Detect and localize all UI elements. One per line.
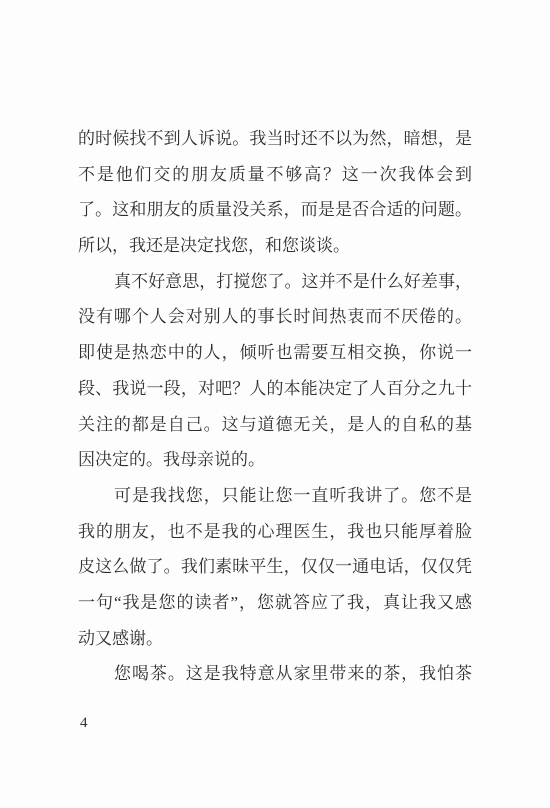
page-number: 4 <box>80 712 88 734</box>
text-line: 所以，我还是决定找您，和您谈谈。 <box>78 228 472 264</box>
text-line: 您喝茶。这是我特意从家里带来的茶，我怕茶 <box>78 656 472 692</box>
text-line: 动又感谢。 <box>78 621 472 657</box>
text-line: 因决定的。我母亲说的。 <box>78 442 472 478</box>
text-line: 一句“我是您的读者”，您就答应了我，真让我又感 <box>78 585 472 621</box>
body-text: 的时候找不到人诉说。我当时还不以为然，暗想，是 不是他们交的朋友质量不够高？这一… <box>78 121 472 692</box>
text-line: 即使是热恋中的人，倾听也需要互相交换，你说一 <box>78 335 472 371</box>
text-line: 段、我说一段，对吧？人的本能决定了人百分之九十 <box>78 371 472 407</box>
book-page: 的时候找不到人诉说。我当时还不以为然，暗想，是 不是他们交的朋友质量不够高？这一… <box>0 0 550 808</box>
text-line: 我的朋友，也不是我的心理医生，我也只能厚着脸 <box>78 514 472 550</box>
text-line: 关注的都是自己。这与道德无关，是人的自私的基 <box>78 407 472 443</box>
text-line: 了。这和朋友的质量没关系，而是是否合适的问题。 <box>78 192 472 228</box>
text-line: 真不好意思，打搅您了。这并不是什么好差事， <box>78 264 472 300</box>
text-line: 没有哪个人会对别人的事长时间热衷而不厌倦的。 <box>78 299 472 335</box>
text-line: 皮这么做了。我们素昧平生，仅仅一通电话，仅仅凭 <box>78 549 472 585</box>
text-line: 的时候找不到人诉说。我当时还不以为然，暗想，是 <box>78 121 472 157</box>
text-line: 不是他们交的朋友质量不够高？这一次我体会到 <box>78 157 472 193</box>
text-line: 可是我找您，只能让您一直听我讲了。您不是 <box>78 478 472 514</box>
